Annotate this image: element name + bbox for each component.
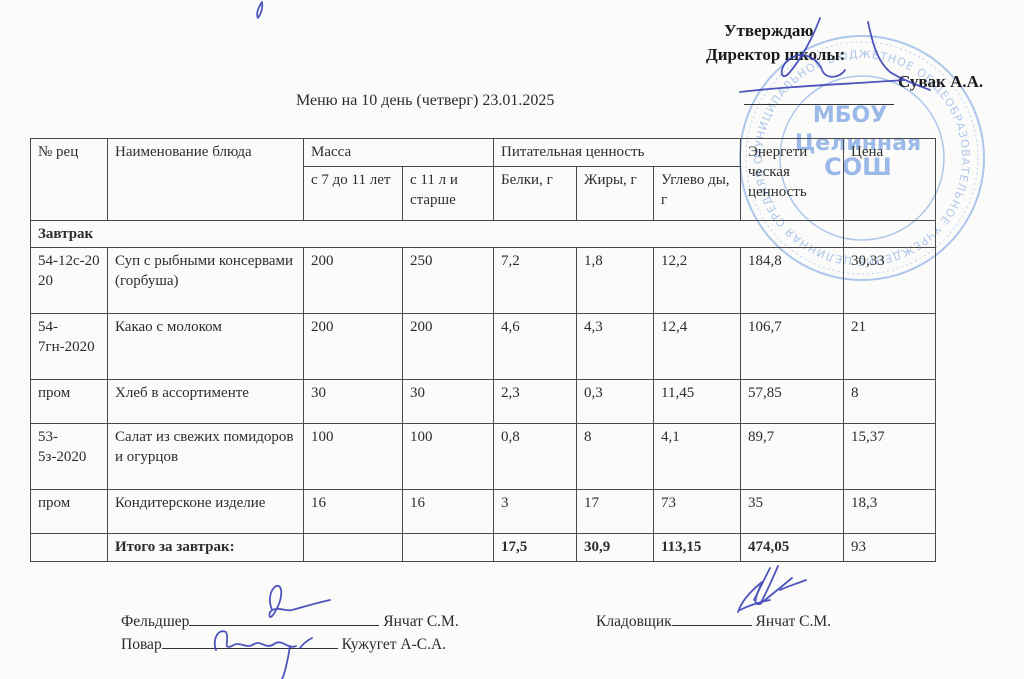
menu-table: № рец Наименование блюда Масса Питательн…	[30, 138, 936, 562]
storekeeper-signature-icon	[738, 578, 792, 612]
cook-name: Кужугет А-С.А.	[342, 636, 447, 653]
cell-mass-7-11: 16	[304, 490, 403, 534]
header-row: № рец Наименование блюда Масса Питательн…	[31, 139, 936, 167]
approval-position: Директор школы:	[706, 44, 845, 66]
cook-signature-line	[162, 634, 338, 649]
paramedic-name: Янчат С.М.	[383, 613, 458, 630]
cell-carbs: 11,45	[654, 380, 741, 424]
storekeeper-signature-line	[672, 611, 752, 626]
total-fats: 30,9	[577, 534, 654, 562]
cell-energy: 106,7	[741, 314, 844, 380]
header-nutrition: Питательная ценность	[494, 139, 741, 167]
cell-proteins: 2,3	[494, 380, 577, 424]
cell-fats: 8	[577, 424, 654, 490]
header-dish-name: Наименование блюда	[108, 139, 304, 221]
cell-fats: 17	[577, 490, 654, 534]
section-price-cell	[844, 221, 936, 248]
paramedic-signature: Фельдшер Янчат С.М.	[121, 611, 459, 631]
svg-text:МБОУ: МБОУ	[813, 103, 887, 128]
ink-mark-icon	[257, 2, 262, 18]
total-mass-11-plus-empty	[403, 534, 494, 562]
cell-mass-7-11: 100	[304, 424, 403, 490]
director-name: Сувак А.А.	[898, 71, 983, 93]
cell-carbs: 4,1	[654, 424, 741, 490]
paramedic-role: Фельдшер	[121, 613, 189, 630]
cell-mass-11-plus: 200	[403, 314, 494, 380]
total-row: Итого за завтрак: 17,5 30,9 113,15 474,0…	[31, 534, 936, 562]
cell-mass-11-plus: 100	[403, 424, 494, 490]
cell-proteins: 4,6	[494, 314, 577, 380]
table-row: пром Хлеб в ассортименте 30 30 2,3 0,3 1…	[31, 380, 936, 424]
header-mass: Масса	[304, 139, 494, 167]
cell-recipe: 54-12с-2020	[31, 248, 108, 314]
cell-name: Кондитерсконе изделие	[108, 490, 304, 534]
cell-proteins: 7,2	[494, 248, 577, 314]
cell-mass-11-plus: 16	[403, 490, 494, 534]
cell-mass-7-11: 200	[304, 248, 403, 314]
table-row: 54-7гн-2020 Какао с молоком 200 200 4,6 …	[31, 314, 936, 380]
cell-price: 8	[844, 380, 936, 424]
cell-energy: 35	[741, 490, 844, 534]
cook-signature: Повар Кужугет А-С.А.	[121, 634, 446, 654]
section-breakfast: Завтрак	[31, 221, 844, 248]
cell-mass-7-11: 200	[304, 314, 403, 380]
total-energy: 474,05	[741, 534, 844, 562]
header-carbs: Углево ды, г	[654, 167, 741, 221]
section-row: Завтрак	[31, 221, 936, 248]
cell-price: 15,37	[844, 424, 936, 490]
table-row: пром Кондитерсконе изделие 16 16 3 17 73…	[31, 490, 936, 534]
cell-proteins: 3	[494, 490, 577, 534]
header-proteins: Белки, г	[494, 167, 577, 221]
storekeeper-signature: Кладовщик Янчат С.М.	[596, 611, 831, 631]
cell-fats: 4,3	[577, 314, 654, 380]
table-row: 54-12с-2020 Суп с рыбными консервами (го…	[31, 248, 936, 314]
total-label: Итого за завтрак:	[108, 534, 304, 562]
cell-mass-11-plus: 30	[403, 380, 494, 424]
cell-recipe: 54-7гн-2020	[31, 314, 108, 380]
cell-name: Салат из свежих помидоров и огурцов	[108, 424, 304, 490]
total-carbs: 113,15	[654, 534, 741, 562]
cell-name: Суп с рыбными консервами (горбуша)	[108, 248, 304, 314]
header-fats: Жиры, г	[577, 167, 654, 221]
total-proteins: 17,5	[494, 534, 577, 562]
cell-energy: 57,85	[741, 380, 844, 424]
cell-fats: 1,8	[577, 248, 654, 314]
cell-proteins: 0,8	[494, 424, 577, 490]
cell-price: 30,33	[844, 248, 936, 314]
header-mass-7-11: с 7 до 11 лет	[304, 167, 403, 221]
cell-recipe: пром	[31, 380, 108, 424]
cell-energy: 89,7	[741, 424, 844, 490]
cell-name: Какао с молоком	[108, 314, 304, 380]
total-recipe-empty	[31, 534, 108, 562]
approval-heading: Утверждаю	[724, 20, 813, 42]
cell-fats: 0,3	[577, 380, 654, 424]
storekeeper-role: Кладовщик	[596, 613, 672, 630]
total-price: 93	[844, 534, 936, 562]
cell-carbs: 73	[654, 490, 741, 534]
cell-recipe: пром	[31, 490, 108, 534]
header-mass-11-plus: с 11 л и старше	[403, 167, 494, 221]
table-row: 53-5з-2020 Салат из свежих помидоров и о…	[31, 424, 936, 490]
cell-name: Хлеб в ассортименте	[108, 380, 304, 424]
header-price: Цена	[844, 139, 936, 221]
storekeeper-name: Янчат С.М.	[756, 613, 831, 630]
paramedic-signature-line	[189, 611, 379, 626]
cell-price: 18,3	[844, 490, 936, 534]
cell-energy: 184,8	[741, 248, 844, 314]
header-energy: Энергети ческая ценность	[741, 139, 844, 221]
total-scribble-icon	[754, 566, 806, 604]
cook-role: Повар	[121, 636, 162, 653]
cell-mass-11-plus: 250	[403, 248, 494, 314]
header-recipe-no: № рец	[31, 139, 108, 221]
menu-title: Меню на 10 день (четверг) 23.01.2025	[296, 92, 554, 110]
cell-carbs: 12,4	[654, 314, 741, 380]
cell-price: 21	[844, 314, 936, 380]
cell-carbs: 12,2	[654, 248, 741, 314]
total-mass-7-11-empty	[304, 534, 403, 562]
cell-recipe: 53-5з-2020	[31, 424, 108, 490]
cell-mass-7-11: 30	[304, 380, 403, 424]
director-signature-line	[744, 104, 894, 105]
